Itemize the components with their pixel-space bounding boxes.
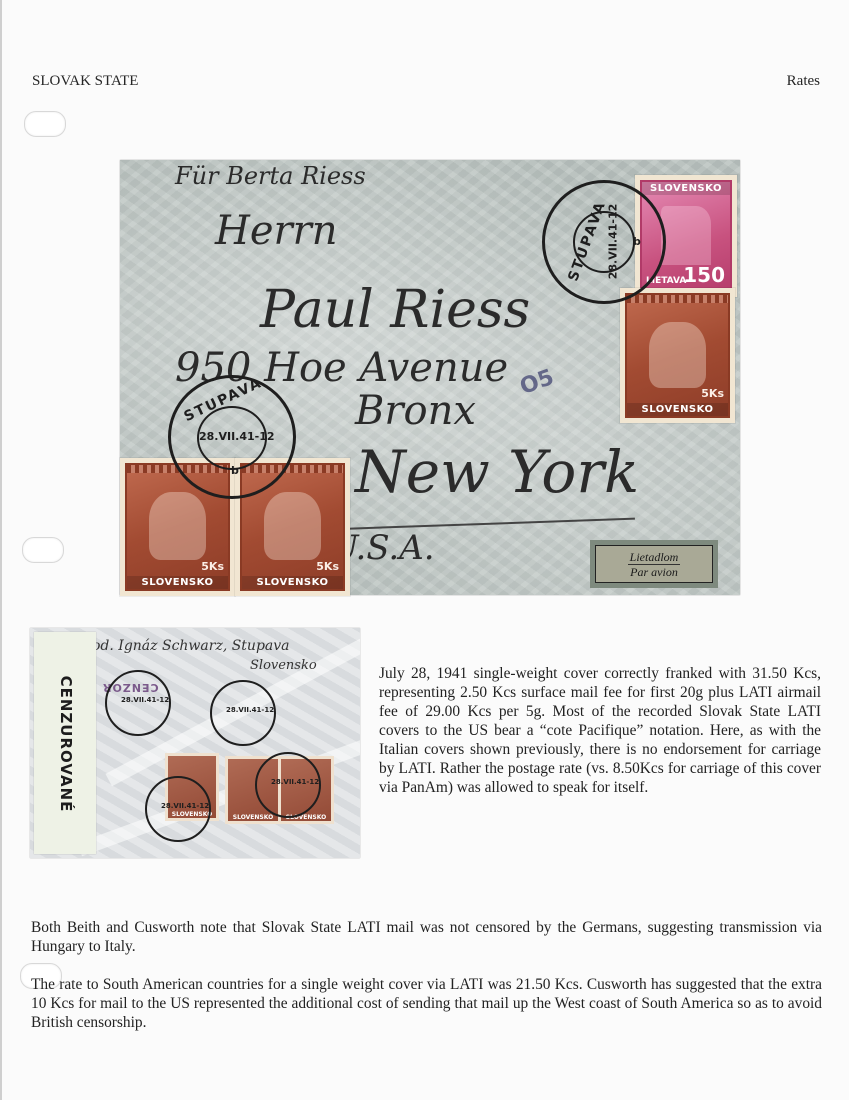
stamp-country: SLOVENSKO — [242, 576, 343, 589]
folk-woman-icon — [149, 492, 206, 560]
handwriting-borough: Bronx — [355, 388, 476, 434]
censor-label: CENZUROVANÉ — [34, 632, 96, 854]
stamp-country: SLOVENSKO — [627, 403, 728, 416]
handwriting-attention: Für Berta Riess — [175, 162, 366, 190]
stamp-value: 5Ks — [316, 560, 339, 573]
cover-back-image: od. Ignáz Schwarz, Stupava Slovensko CEN… — [30, 628, 360, 858]
postmark: 28.VII.41-12 — [105, 670, 171, 736]
stamp-country: SLOVENSKO — [127, 576, 228, 589]
paragraph-rate-comparison: The rate to South American countries for… — [31, 975, 822, 1032]
page-header-title: SLOVAK STATE — [32, 73, 138, 90]
punch-hole-icon — [22, 537, 64, 563]
handwriting-salutation: Herrn — [215, 208, 338, 254]
postmark: 28.VII.41-12 — [145, 776, 211, 842]
postmark-date: 28.VII.41-12 — [606, 204, 619, 280]
page-header-section: Rates — [787, 73, 820, 90]
postmark-code: b — [231, 464, 239, 477]
stamp-value: 5Ks — [701, 387, 724, 400]
postmark-date: 28.VII.41-12 — [121, 696, 169, 704]
cover-front-image: Für Berta Riess Herrn Paul Riess 950 Hoe… — [120, 160, 740, 595]
folk-woman-icon — [649, 322, 706, 389]
postmark: 28.VII.41-12 — [210, 680, 276, 746]
airmail-label: Lietadlom Par avion — [590, 540, 718, 588]
page-edge — [0, 0, 2, 1100]
censor-label-text: CENZUROVANÉ — [57, 676, 75, 813]
folk-woman-icon — [264, 492, 321, 560]
stamp-border-pattern — [627, 295, 728, 303]
postmark-date: 28.VII.41-12 — [271, 778, 319, 786]
cover-description: July 28, 1941 single-weight cover correc… — [379, 664, 821, 797]
stamp-value: 150 — [683, 263, 725, 287]
stamp-5ks: 5Ks SLOVENSKO — [620, 288, 735, 423]
postmark: STUPAVA 28.VII.41-12 b — [168, 375, 296, 499]
postmark-date: 28.VII.41-12 — [199, 430, 275, 443]
violet-handstamp: O5 — [517, 365, 558, 400]
castle-icon — [661, 206, 710, 265]
postmark: 28.VII.41-12 — [255, 752, 321, 818]
punch-hole-icon — [24, 111, 66, 137]
stamp-country: SLOVENSKO — [642, 182, 730, 195]
stamp-value: 5Ks — [201, 560, 224, 573]
paragraph-censorship: Both Beith and Cusworth note that Slovak… — [31, 918, 822, 956]
sender-address: od. Ignáz Schwarz, Stupava — [92, 638, 290, 654]
postmark: STUPAVA 28.VII.41-12 b — [542, 180, 666, 304]
handwriting-city: New York — [355, 438, 639, 506]
postmark-date: 28.VII.41-12 — [226, 706, 274, 714]
postmark-code: b — [633, 235, 641, 248]
sender-country: Slovensko — [250, 658, 317, 673]
airmail-label-line2: Par avion — [630, 565, 678, 579]
airmail-label-line1: Lietadlom — [628, 550, 681, 565]
postmark-date: 28.VII.41-12 — [161, 802, 209, 810]
handwriting-name: Paul Riess — [260, 280, 530, 340]
